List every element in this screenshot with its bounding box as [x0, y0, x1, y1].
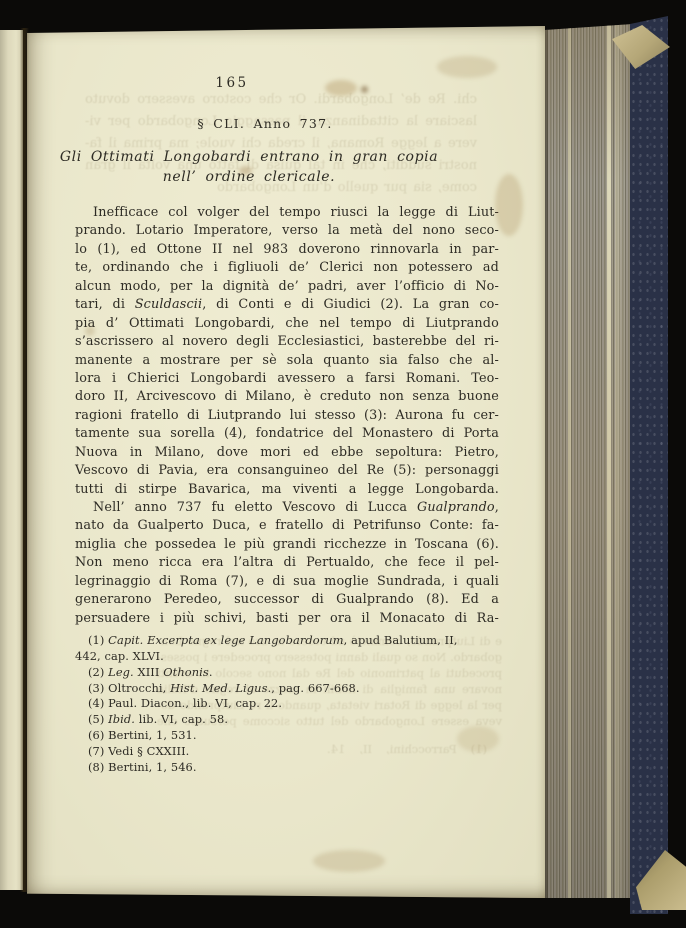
- page-edge-streak: [568, 24, 571, 898]
- text-line: legrinaggio di Roma (7), e di sua moglie…: [75, 573, 499, 591]
- page-number: 165: [20, 75, 444, 91]
- book-gutter-shadow: [20, 28, 29, 892]
- text-line: persuadere i più schivi, basti per ora i…: [75, 610, 499, 628]
- text-line: Non meno ricca era l’altra di Pertualdo,…: [75, 554, 499, 572]
- page-edge-streak: [615, 24, 625, 898]
- text-line: (7) Vedi § CXXIII.: [75, 744, 499, 760]
- text-line: alcun modo, per la dignità de’ padri, av…: [75, 278, 499, 296]
- text-line: (6) Bertini, 1, 531.: [75, 728, 499, 744]
- bleedthrough-line: chi. Re de’ Longobardi. Or che costoro a…: [85, 92, 477, 107]
- text-line: Inefficace col volger del tempo riusci l…: [75, 204, 499, 222]
- foxing-spot: [437, 56, 497, 78]
- text-line: Nell’ anno 737 fu eletto Vescovo di Lucc…: [75, 499, 499, 517]
- book-cover-edge: [630, 16, 668, 914]
- body-text: Inefficace col volger del tempo riusci l…: [75, 204, 499, 628]
- text-line: (3) Oltrocchi, Hist. Med. Ligus., pag. 6…: [75, 681, 499, 697]
- text-line: tutti di stirpe Bavarica, ma viventi a l…: [75, 481, 499, 499]
- text-line: miglia che possedea le più grandi ricche…: [75, 536, 499, 554]
- page-edges-stack: [545, 24, 633, 898]
- foxing-spot: [313, 850, 385, 872]
- chapter-subtitle-line1: Gli Ottimati Longobardi entrano in gran …: [37, 148, 461, 168]
- text-line: tamente sua sorella (4), fondatrice del …: [75, 425, 499, 443]
- text-line: lora i Chierici Longobardi avessero a fa…: [75, 370, 499, 388]
- footnotes: (1) Capit. Excerpta ex lege Langobardoru…: [75, 633, 499, 776]
- text-line: 442, cap. XLVI.: [75, 649, 499, 665]
- text-line: nato da Gualperto Duca, e fratello di Pe…: [75, 517, 499, 535]
- book-photo-backdrop: chi. Re de’ Longobardi. Or che costoro a…: [0, 0, 686, 928]
- book-page: chi. Re de’ Longobardi. Or che costoro a…: [27, 26, 545, 898]
- text-line: tari, di Sculdascii, di Conti e di Giudi…: [75, 296, 499, 314]
- text-line: (1) Capit. Excerpta ex lege Langobardoru…: [75, 633, 499, 649]
- text-line: prando. Lotario Imperatore, verso la met…: [75, 222, 499, 240]
- page-edge-streak: [607, 24, 611, 898]
- chapter-subtitle-line2: nell’ ordine clericale.: [37, 168, 461, 188]
- text-line: (2) Leg. XIII Othonis.: [75, 665, 499, 681]
- text-line: lo (1), ed Ottone II nel 983 doverono ri…: [75, 241, 499, 259]
- text-line: (8) Bertini, 1, 546.: [75, 760, 499, 776]
- text-line: manente a mostrare per sè sola quanto si…: [75, 352, 499, 370]
- text-line: Vescovo di Pavia, era consanguineo del R…: [75, 462, 499, 480]
- foxing-spot: [495, 174, 523, 236]
- text-line: generarono Peredeo, successor di Gualpra…: [75, 591, 499, 609]
- text-line: (5) Ibid. lib. VI, cap. 58.: [75, 712, 499, 728]
- text-line: pia d’ Ottimati Longobardi, che nel temp…: [75, 315, 499, 333]
- chapter-subtitle: Gli Ottimati Longobardi entrano in gran …: [37, 148, 461, 187]
- page-edge-streak: [545, 24, 548, 898]
- text-line: s’ascrissero al novero degli Ecclesiasti…: [75, 333, 499, 351]
- text-line: Nuova in Milano, dove mori ed ebbe sepol…: [75, 444, 499, 462]
- text-line: ragioni fratello di Liutprando lui stess…: [75, 407, 499, 425]
- text-line: doro II, Arcivescovo di Milano, è credut…: [75, 388, 499, 406]
- text-line: te, ordinando che i figliuoli de’ Cleric…: [75, 259, 499, 277]
- text-line: (4) Paul. Diacon., lib. VI, cap. 22.: [75, 696, 499, 712]
- section-heading: § CLI. Anno 737.: [53, 116, 477, 131]
